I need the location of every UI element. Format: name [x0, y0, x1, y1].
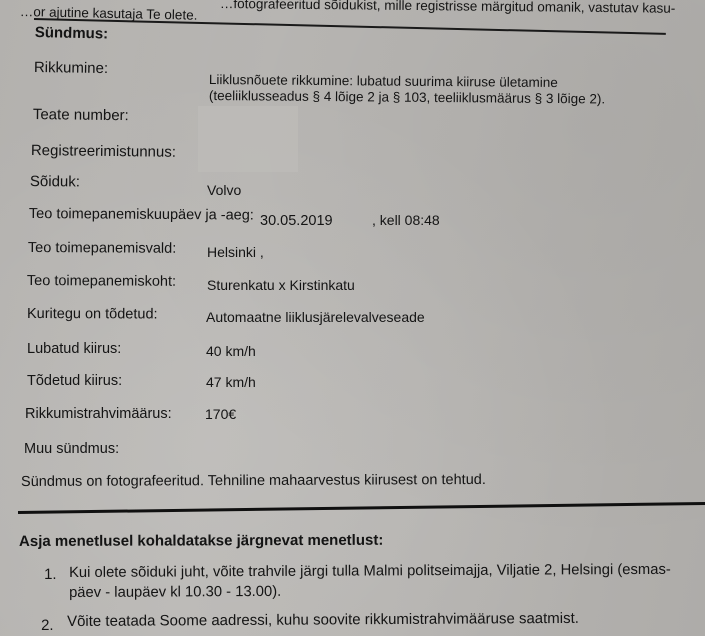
datetime-date: 30.05.2019 — [260, 213, 333, 229]
municipality-label: Teo toimepanemisvald: — [28, 240, 176, 257]
detected-by-value: Automaatne liiklusjärelevalveseade — [206, 309, 425, 325]
vehicle-label: Sõiduk: — [30, 173, 80, 190]
detected-by-label: Kuritegu on tõdetud: — [27, 306, 158, 322]
event-section-title: Sündmus: — [35, 24, 109, 43]
detected-speed-label: Tõdetud kiirus: — [27, 373, 122, 389]
violation-value-line1: Liiklusnõuete rikkumine: lubatud suurima… — [209, 72, 558, 90]
procedure-title: Asja menetlusel kohaldatakse järgnevat m… — [19, 532, 383, 550]
registration-number-label: Registreerimistunnus: — [31, 142, 176, 161]
speed-limit-value: 40 km/h — [206, 343, 256, 359]
location-label: Teo toimepanemiskoht: — [27, 273, 176, 290]
vehicle-value: Volvo — [207, 182, 241, 198]
document-page: …fotografeeritud sõidukist, mille regist… — [0, 0, 705, 636]
middle-divider — [18, 502, 705, 514]
datetime-time: , kell 08:48 — [372, 212, 440, 228]
fine-label: Rikkumistrahvimäärus: — [25, 406, 172, 422]
redacted-area — [198, 106, 298, 172]
procedure-item-number: 1. — [44, 566, 57, 583]
speed-limit-label: Lubatud kiirus: — [27, 341, 121, 357]
procedure-item-text-line1: Kui olete sõiduki juht, võite trahvile j… — [69, 562, 671, 581]
municipality-value: Helsinki , — [207, 244, 264, 260]
fine-value: 170€ — [205, 406, 236, 422]
notice-number-label: Teate number: — [33, 106, 129, 124]
procedure-item-text-line2: päev - laupäev kl 10.30 - 13.00). — [69, 584, 281, 601]
violation-label: Rikkumine: — [34, 59, 108, 77]
procedure-item-number: 2. — [41, 617, 54, 634]
location-value: Sturenkatu x Kirstinkatu — [207, 277, 355, 293]
event-note: Sündmus on fotografeeritud. Tehniline ma… — [21, 472, 486, 490]
violation-value-line2: (teeliiklusseadus § 4 lõige 2 ja § 103, … — [209, 88, 605, 106]
detected-speed-value: 47 km/h — [206, 374, 256, 390]
other-event-label: Muu sündmus: — [24, 441, 119, 457]
datetime-label: Teo toimepanemiskuupäev ja -aeg: — [29, 206, 254, 224]
procedure-item-text-line1: Võite teatada Soome aadressi, kuhu soovi… — [67, 610, 579, 630]
top-divider — [34, 18, 666, 35]
intro-fragment-line1: …fotografeeritud sõidukist, mille regist… — [220, 0, 676, 16]
